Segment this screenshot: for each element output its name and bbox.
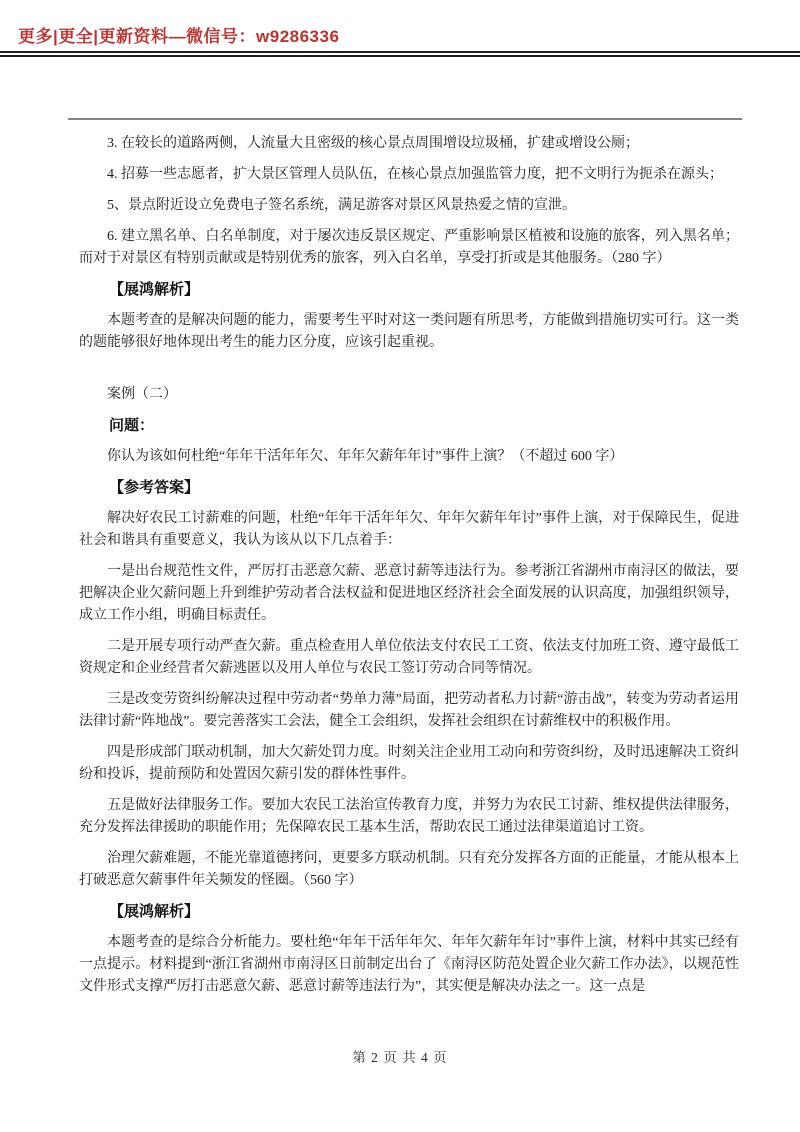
list-item-5: 5、景点附近设立免费电子签名系统，满足游客对景区风景热爱之情的宣泄。 (79, 195, 739, 217)
list-item-6: 6. 建立黑名单、白名单制度，对于屡次违反景区规定、严重影响景区植被和设施的旅客… (79, 226, 739, 270)
list-item-3: 3. 在较长的道路两侧，人流量大且密级的核心景点周围增设垃圾桶，扩建或增设公厕； (79, 133, 739, 155)
case-2-title: 案例（二） (79, 384, 739, 406)
question-text: 你认为该如何杜绝“年年干活年年欠、年年欠薪年年讨”事件上演？（不超过 600 字… (79, 446, 739, 468)
list-item-4: 4. 招募一些志愿者，扩大景区管理人员队伍，在核心景点加强监管力度，把不文明行为… (79, 164, 739, 186)
answer-point-2: 二是开展专项行动严查欠薪。重点检查用人单位依法支付农民工工资、依法支付加班工资、… (79, 636, 739, 680)
answer-point-3: 三是改变劳资纠纷解决过程中劳动者“势单力薄”局面，把劳动者私力讨薪“游击战”，转… (79, 689, 739, 733)
answer-point-4: 四是形成部门联动机制，加大欠薪处罚力度。时刻关注企业用工动向和劳资纠纷，及时迅速… (79, 742, 739, 786)
page-header-rule (68, 118, 742, 120)
analysis-paragraph-1: 本题考查的是解决问题的能力，需要考生平时对这一类问题有所思考，方能做到措施切实可… (79, 310, 739, 354)
question-label: 问题： (79, 415, 739, 437)
promo-banner: 更多|更全|更新资料—微信号：w9286336 (18, 22, 339, 47)
document-page: { "theme": { "promo_red": "#bd322e", "ru… (0, 0, 800, 1132)
answer-intro-paragraph: 解决好农民工讨薪难的问题，杜绝“年年干活年年欠、年年欠薪年年讨”事件上演，对于保… (79, 508, 739, 552)
analysis-paragraph-2: 本题考查的是综合分析能力。要杜绝“年年干活年年欠、年年欠薪年年讨”事件上演，材料… (79, 932, 739, 998)
page-number-indicator: 第 2 页 共 4 页 (0, 1046, 800, 1066)
document-body: 3. 在较长的道路两侧，人流量大且密级的核心景点周围增设垃圾桶，扩建或增设公厕；… (79, 133, 739, 1007)
zhanhong-analysis-heading-2: 【展鸿解析】 (79, 901, 739, 923)
reference-answer-heading: 【参考答案】 (79, 477, 739, 499)
zhanhong-analysis-heading-1: 【展鸿解析】 (79, 279, 739, 301)
answer-point-1: 一是出台规范性文件，严厉打击恶意欠薪、恶意讨薪等违法行为。参考浙江省湖州市南浔区… (79, 561, 739, 627)
answer-point-5: 五是做好法律服务工作。要加大农民工法治宣传教育力度，并努力为农民工讨薪、维权提供… (79, 795, 739, 839)
top-double-rule (0, 51, 800, 57)
answer-conclusion: 治理欠薪难题，不能光靠道德拷问，更要多方联动机制。只有充分发挥各方面的正能量，才… (79, 848, 739, 892)
